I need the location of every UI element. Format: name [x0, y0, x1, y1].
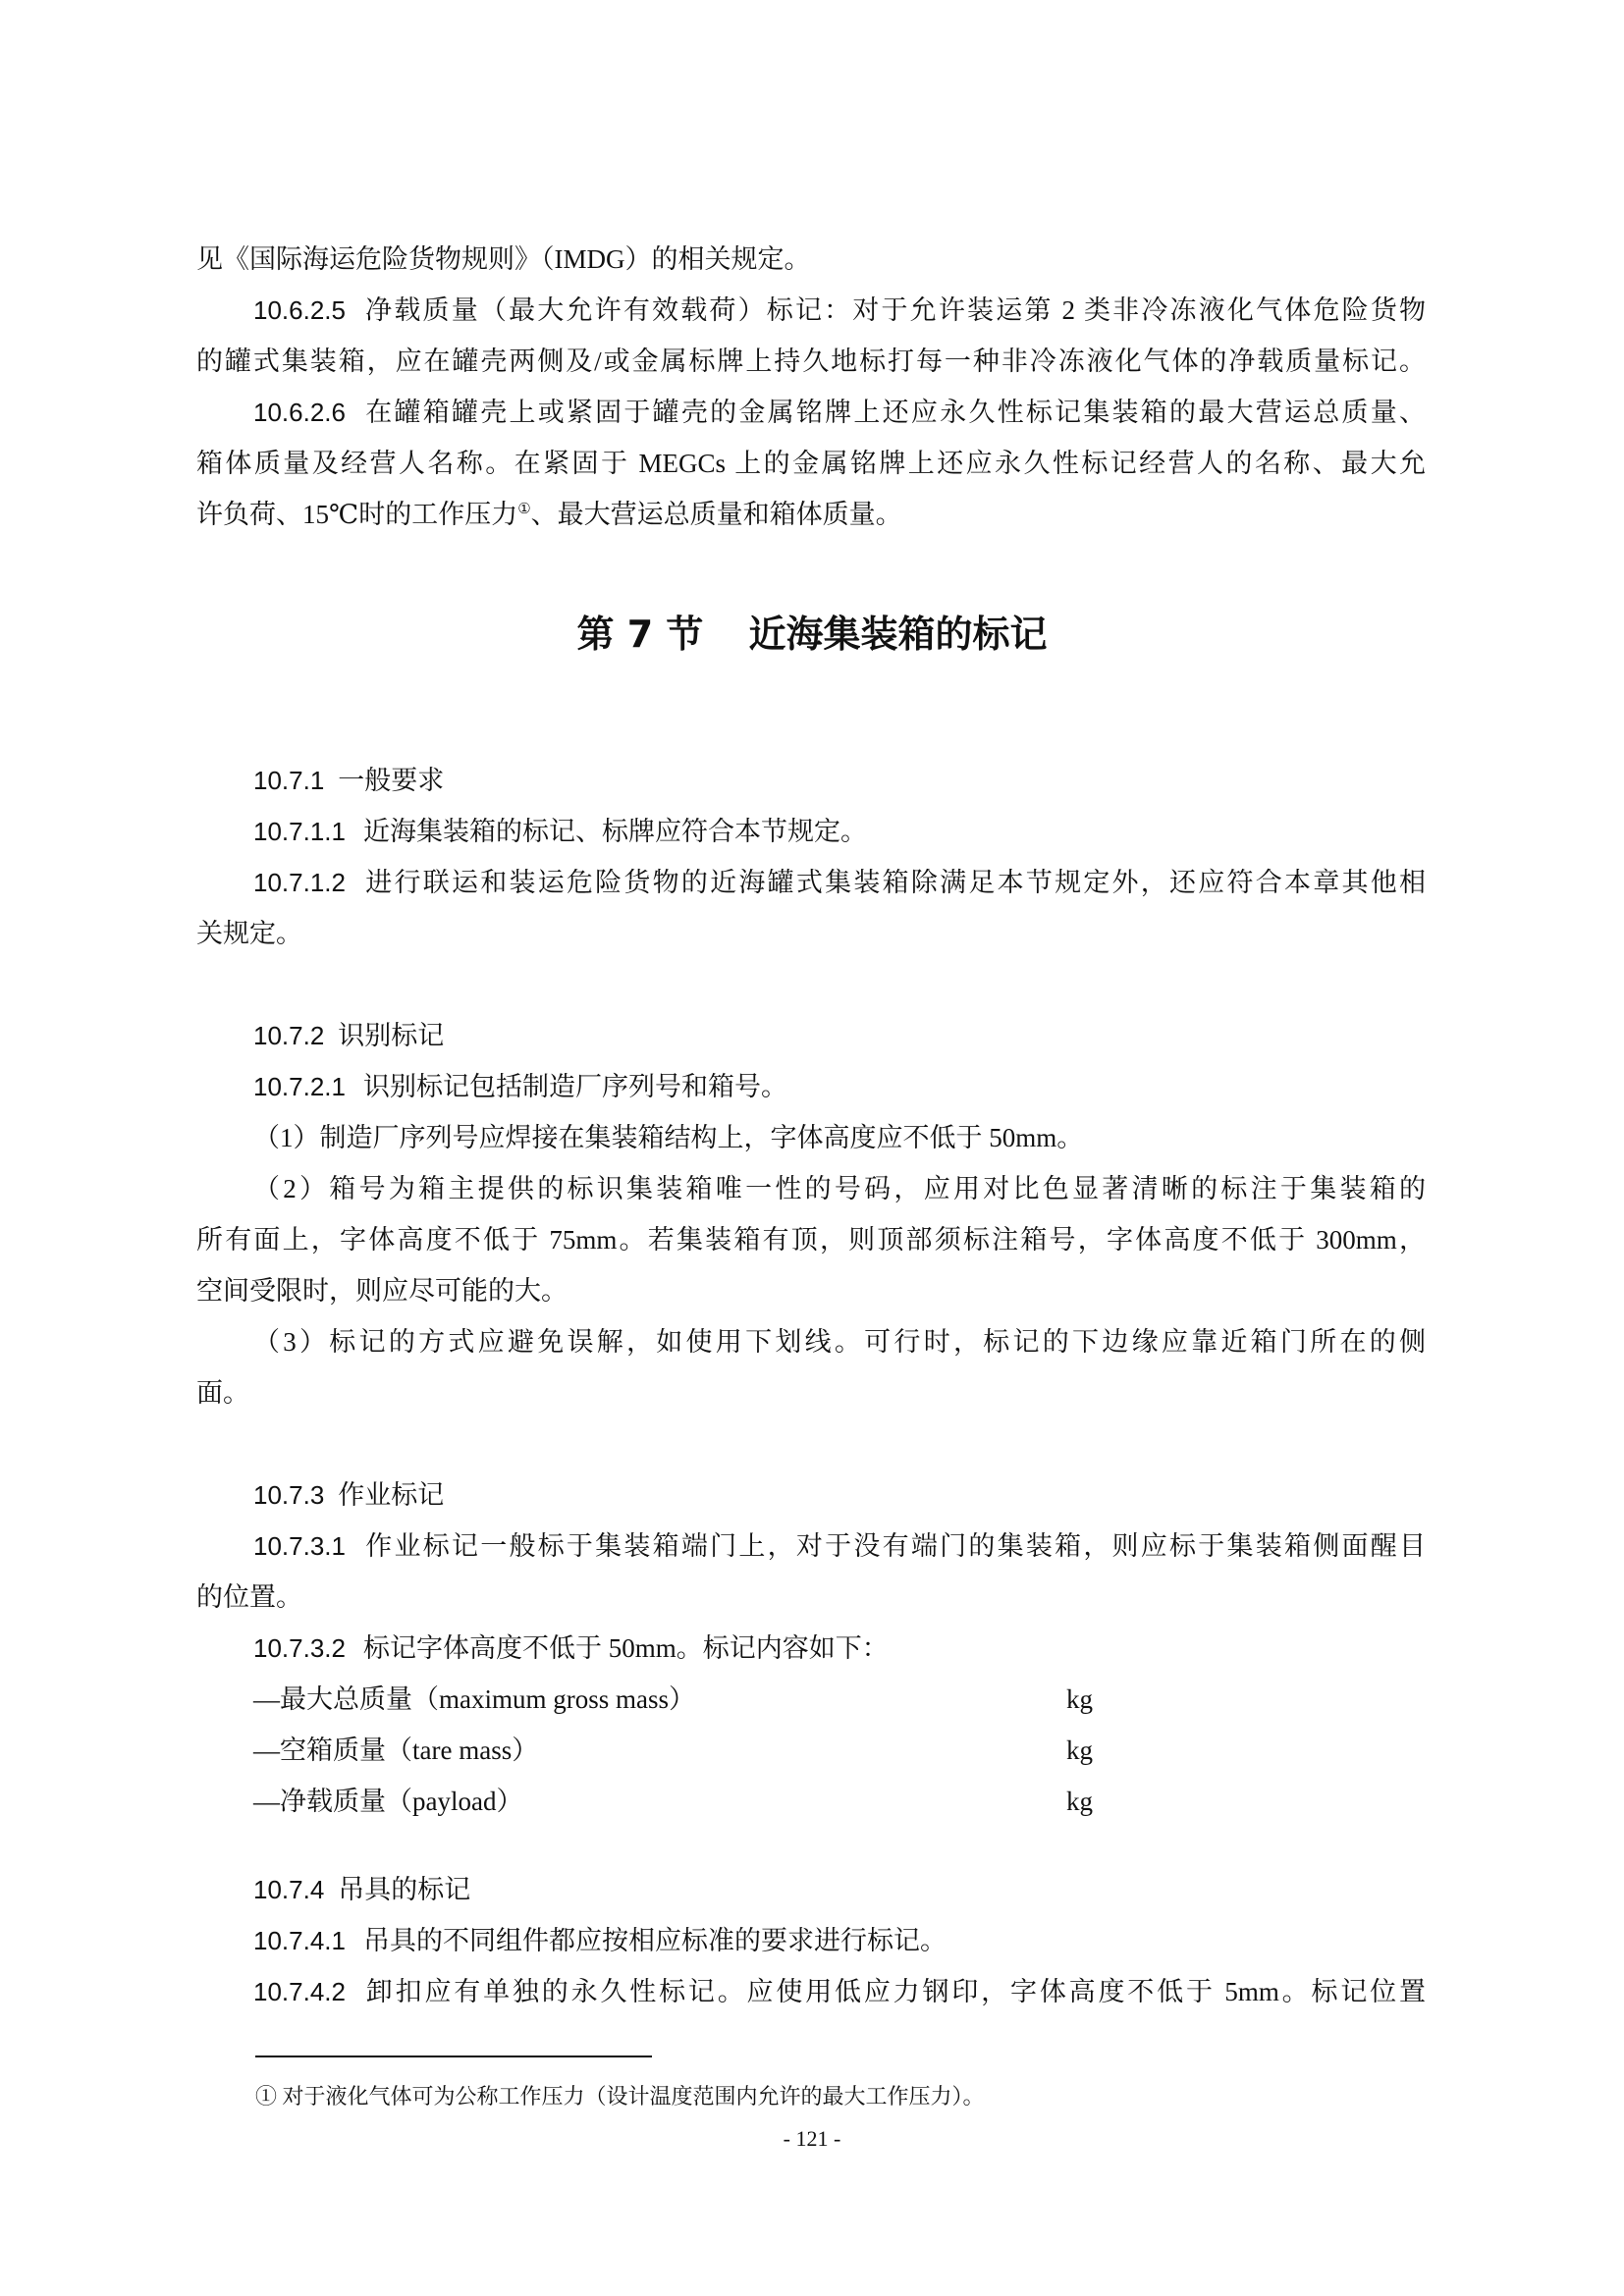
clause-number: 10.7.1.2 [253, 868, 346, 897]
list-item-2-line-1: （2）箱号为箱主提供的标识集装箱唯一性的号码，应用对比色显著清晰的标注于集装箱的 [253, 1172, 1426, 1205]
mass-unit: kg [1066, 1682, 1093, 1716]
mass-unit: kg [1066, 1785, 1093, 1818]
footnote-divider [255, 2056, 652, 2057]
footnote-reference[interactable]: ① [517, 502, 530, 517]
paragraph-10-7-1-1: 10.7.1.1近海集装箱的标记、标牌应符合本节规定。 [253, 815, 1426, 848]
list-item-2-line-3: 空间受限时，则应尽可能的大。 [196, 1274, 1426, 1308]
subsection-number: 10.7.3 [253, 1480, 324, 1510]
paragraph-10-7-3-1-line-1: 10.7.3.1作业标记一般标于集装箱端门上，对于没有端门的集装箱，则应标于集装… [253, 1529, 1426, 1563]
clause-text: 作业标记一般标于集装箱端门上，对于没有端门的集装箱，则应标于集装箱侧面醒目 [363, 1531, 1426, 1561]
subsection-title: 一般要求 [338, 766, 444, 795]
paragraph-10-7-4-1: 10.7.4.1吊具的不同组件都应按相应标准的要求进行标记。 [253, 1924, 1426, 1957]
mass-item-tare: —空箱质量（tare mass） [253, 1734, 538, 1767]
clause-text: 在罐箱罐壳上或紧固于罐壳的金属铭牌上还应永久性标记集装箱的最大营运总质量、 [363, 398, 1426, 427]
clause-number: 10.7.2.1 [253, 1072, 346, 1101]
subsection-10-7-4-heading: 10.7.4吊具的标记 [253, 1873, 470, 1906]
clause-text: 许负荷、15℃时的工作压力 [196, 500, 517, 529]
subsection-number: 10.7.1 [253, 766, 324, 795]
clause-text: 、最大营运总质量和箱体质量。 [531, 500, 902, 529]
paragraph-10-6-2-6-line-3: 许负荷、15℃时的工作压力①、最大营运总质量和箱体质量。 [196, 498, 1426, 531]
clause-number: 10.7.3.1 [253, 1531, 346, 1561]
paragraph-10-6-2-6-line-2: 箱体质量及经营人名称。在紧固于 MEGCs 上的金属铭牌上还应永久性标记经营人的… [196, 447, 1426, 480]
paragraph-10-7-1-2-line-1: 10.7.1.2进行联运和装运危险货物的近海罐式集装箱除满足本节规定外，还应符合… [253, 866, 1426, 899]
clause-text: 标记字体高度不低于 50mm。标记内容如下： [363, 1633, 889, 1663]
paragraph-10-7-1-2-line-2: 关规定。 [196, 917, 1426, 950]
mass-item-max-gross: —最大总质量（maximum gross mass） [253, 1682, 695, 1716]
list-item-3-line-1: （3）标记的方式应避免误解，如使用下划线。可行时，标记的下边缘应靠近箱门所在的侧 [253, 1325, 1426, 1359]
subsection-10-7-1-heading: 10.7.1一般要求 [253, 764, 444, 797]
subsection-10-7-3-heading: 10.7.3作业标记 [253, 1478, 444, 1512]
paragraph-10-6-2-5-line-2: 的罐式集装箱，应在罐壳两侧及/或金属标牌上持久地标打每一种非冷冻液化气体的净载质… [196, 345, 1426, 378]
section-number: 第 7 节 [577, 613, 704, 656]
clause-text: 卸扣应有单独的永久性标记。应使用低应力钢印，字体高度不低于 5mm。标记位置 [363, 1977, 1426, 2006]
subsection-number: 10.7.2 [253, 1021, 324, 1050]
mass-unit: kg [1066, 1734, 1093, 1767]
paragraph-10-7-3-2: 10.7.3.2标记字体高度不低于 50mm。标记内容如下： [253, 1631, 1426, 1665]
paragraph-10-7-4-2: 10.7.4.2卸扣应有单独的永久性标记。应使用低应力钢印，字体高度不低于 5m… [253, 1975, 1426, 2008]
list-item-1: （1）制造厂序列号应焊接在集装箱结构上，字体高度应不低于 50mm。 [253, 1121, 1426, 1154]
footnote-marker: ① [255, 2084, 277, 2109]
footnote: ① 对于液化气体可为公称工作压力（设计温度范围内允许的最大工作压力）。 [255, 2083, 985, 2110]
document-page: 见《国际海运危险货物规则》（IMDG）的相关规定。 10.6.2.5净载质量（最… [0, 0, 1624, 2296]
paragraph-10-6-2-6-line-1: 10.6.2.6在罐箱罐壳上或紧固于罐壳的金属铭牌上还应永久性标记集装箱的最大营… [253, 396, 1426, 429]
paragraph-10-7-3-1-line-2: 的位置。 [196, 1580, 1426, 1614]
clause-number: 10.6.2.5 [253, 295, 346, 325]
clause-text: 识别标记包括制造厂序列号和箱号。 [363, 1072, 787, 1101]
section-title: 近海集装箱的标记 [748, 613, 1047, 656]
clause-text: 净载质量（最大允许有效载荷）标记：对于允许装运第 2 类非冷冻液化气体危险货物 [363, 295, 1426, 325]
clause-number: 10.6.2.6 [253, 398, 346, 427]
list-item-2-line-2: 所有面上，字体高度不低于 75mm。若集装箱有顶，则顶部须标注箱号，字体高度不低… [196, 1223, 1426, 1256]
subsection-title: 识别标记 [338, 1021, 444, 1050]
clause-text: 进行联运和装运危险货物的近海罐式集装箱除满足本节规定外，还应符合本章其他相 [363, 868, 1426, 897]
clause-text: 近海集装箱的标记、标牌应符合本节规定。 [363, 817, 867, 846]
clause-number: 10.7.4.1 [253, 1926, 346, 1955]
clause-number: 10.7.4.2 [253, 1977, 346, 2006]
clause-number: 10.7.1.1 [253, 817, 346, 846]
continuation-text: 见《国际海运危险货物规则》（IMDG）的相关规定。 [196, 242, 1426, 276]
clause-text: 吊具的不同组件都应按相应标准的要求进行标记。 [363, 1926, 947, 1955]
page-number: - 121 - [0, 2125, 1624, 2153]
clause-number: 10.7.3.2 [253, 1633, 346, 1663]
paragraph-10-6-2-5-line-1: 10.6.2.5净载质量（最大允许有效载荷）标记：对于允许装运第 2 类非冷冻液… [253, 294, 1426, 327]
subsection-number: 10.7.4 [253, 1875, 324, 1904]
paragraph-10-7-2-1: 10.7.2.1识别标记包括制造厂序列号和箱号。 [253, 1070, 1426, 1103]
list-item-3-line-2: 面。 [196, 1376, 1426, 1410]
mass-item-payload: —净载质量（payload） [253, 1785, 522, 1818]
footnote-text: 对于液化气体可为公称工作压力（设计温度范围内允许的最大工作压力）。 [283, 2084, 985, 2109]
subsection-title: 作业标记 [338, 1480, 444, 1510]
subsection-title: 吊具的标记 [338, 1875, 470, 1904]
subsection-10-7-2-heading: 10.7.2识别标记 [253, 1019, 444, 1052]
section-heading: 第 7 节近海集装箱的标记 [0, 611, 1624, 658]
